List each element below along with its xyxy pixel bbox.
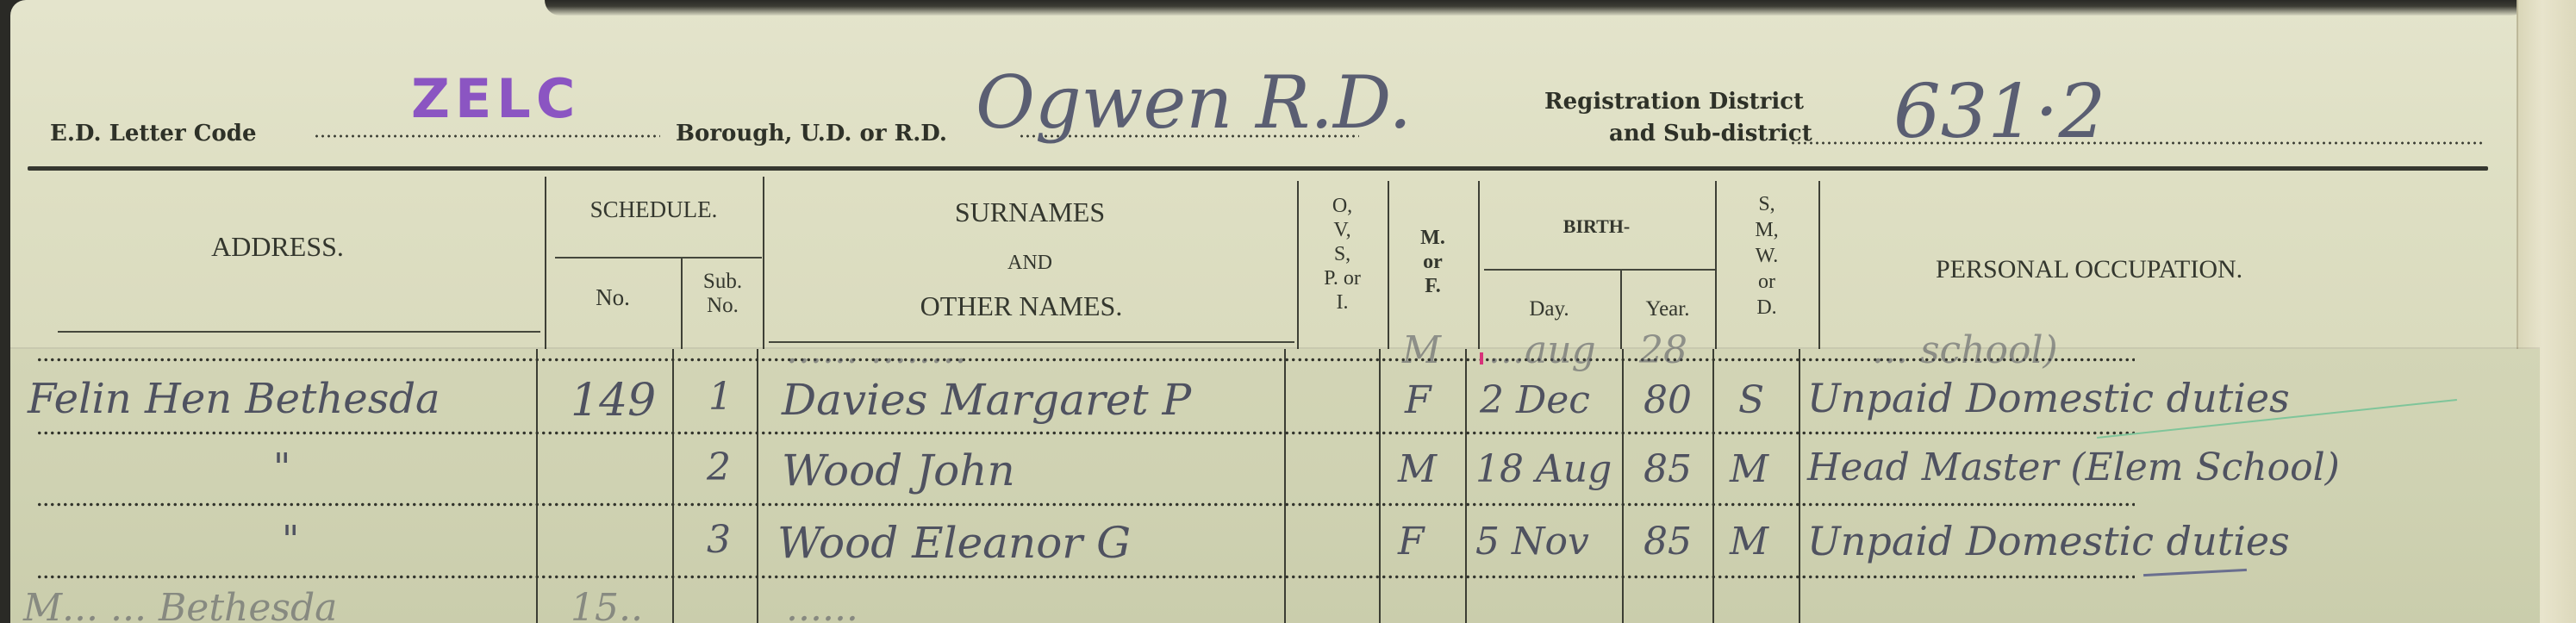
row-schedule-no: 149 [571,375,656,427]
row-occupation: Unpaid Domestic duties [1807,375,2290,421]
marital-w: W. [1715,243,1818,269]
partial-row-top-occupation: ... school) [1872,328,2058,372]
row-birth-year: 80 [1644,378,1692,422]
col-header-address: ADDRESS. [10,231,545,263]
ovspi-v: V, [1297,218,1388,242]
col-header-birth-day: Day. [1478,297,1620,321]
ed-letter-code-dots [314,134,660,138]
row-line [36,575,2135,579]
col-header-birth: BIRTH- [1478,215,1715,238]
ovspi-o: O, [1297,194,1388,218]
partial-row-bottom-schedule: 15.. [571,586,643,623]
row-sub-no: 3 [707,518,731,562]
ovspi-p: P. or [1297,266,1388,290]
pink-tick-mark [1480,352,1483,364]
row-col-divider [1799,349,1800,623]
ovspi-i: I. [1297,290,1388,315]
row-birth-day: 5 Nov [1475,520,1589,564]
row-marital: M [1730,447,1768,491]
partial-row-bottom-name: ...... [786,586,858,623]
birth-sub-rule [1484,269,1715,271]
col-header-ovspi: O, V, S, P. or I. [1297,194,1388,315]
borough-label: Borough, U.D. or R.D. [676,121,947,146]
borough-value: Ogwen R.D. [976,60,1412,145]
marital-m: M, [1715,217,1818,243]
row-col-divider [757,349,758,623]
row-occupation: Unpaid Domestic duties [1807,518,2290,564]
row-sex: F [1398,520,1425,564]
row-marital: S [1738,378,1764,422]
registration-label-2: and Sub-district [1609,121,1812,146]
row-col-divider [1379,349,1381,623]
partial-row-top-day: ...aug [1488,328,1596,372]
row-col-divider [1284,349,1286,623]
sex-or: or [1388,250,1478,274]
row-birth-year: 85 [1644,447,1692,491]
blue-underline-mark [2143,569,2247,576]
row-col-divider [536,349,538,623]
col-header-sex: M. or F. [1388,226,1478,298]
row-line [36,431,2135,435]
row-col-divider [672,349,674,623]
sex-m: M. [1388,226,1478,250]
col-header-occupation: PERSONAL OCCUPATION. [1818,255,2525,284]
row-line [36,358,2135,362]
col-header-marital: S, M, W. or D. [1715,191,1818,321]
row-sex: M [1398,447,1437,491]
row-col-divider [1465,349,1467,623]
header-bottom-rule [58,331,540,333]
ovspi-s: S, [1297,242,1388,266]
row-occupation: Head Master (Elem School) [1807,445,2340,489]
col-header-schedule: SCHEDULE. [545,196,763,223]
col-header-birth-year: Year. [1620,297,1715,321]
partial-row-bottom-address: M... ... Bethesda [23,586,337,623]
row-sub-no: 2 [707,445,731,489]
row-birth-day: 18 Aug [1475,447,1612,491]
census-data-rows: ...... ........ M ...aug 28 ... school) … [10,349,2540,623]
row-line [36,502,2135,507]
row-address-ditto: " [282,518,299,562]
col-divider [1478,181,1480,349]
registration-label-1: Registration District [1544,89,1804,115]
ed-letter-code-label: E.D. Letter Code [50,121,256,146]
row-sub-no: 1 [708,375,733,419]
row-birth-year: 85 [1644,520,1692,564]
partial-row-top-name: ...... ........ [786,328,967,372]
row-sex: F [1405,378,1431,422]
row-marital: M [1730,520,1768,564]
row-address-ditto: " [273,445,290,489]
ed-letter-code-stamp: ZELC [411,67,580,130]
row-name: Wood Eleanor G [777,518,1131,568]
row-address: Felin Hen Bethesda [28,375,440,423]
row-name: Davies Margaret P [782,375,1191,425]
form-title-row: E.D. Letter Code ZELC Borough, U.D. or R… [10,0,2544,172]
row-name: Wood John [782,445,1015,495]
marital-d: D. [1715,295,1818,321]
marital-or: or [1715,269,1818,295]
col-header-surnames: SURNAMES [763,196,1297,228]
col-header-and: AND [763,252,1297,275]
registration-value: 631·2 [1893,69,2105,155]
row-birth-day: 2 Dec [1480,378,1590,422]
partial-row-top-year: 28 [1639,328,1687,372]
col-header-sub-no: Sub. No. [683,270,763,318]
partial-row-top-sex: M [1402,328,1441,372]
col-header-other-names: OTHER NAMES. [763,290,1280,322]
row-col-divider [1712,349,1714,623]
row-col-divider [1622,349,1624,623]
col-header-schedule-no: No. [545,284,681,311]
sex-f: F. [1388,274,1478,298]
schedule-sub-rule [555,257,762,259]
marital-s: S, [1715,191,1818,217]
header-top-rule [28,166,2488,171]
